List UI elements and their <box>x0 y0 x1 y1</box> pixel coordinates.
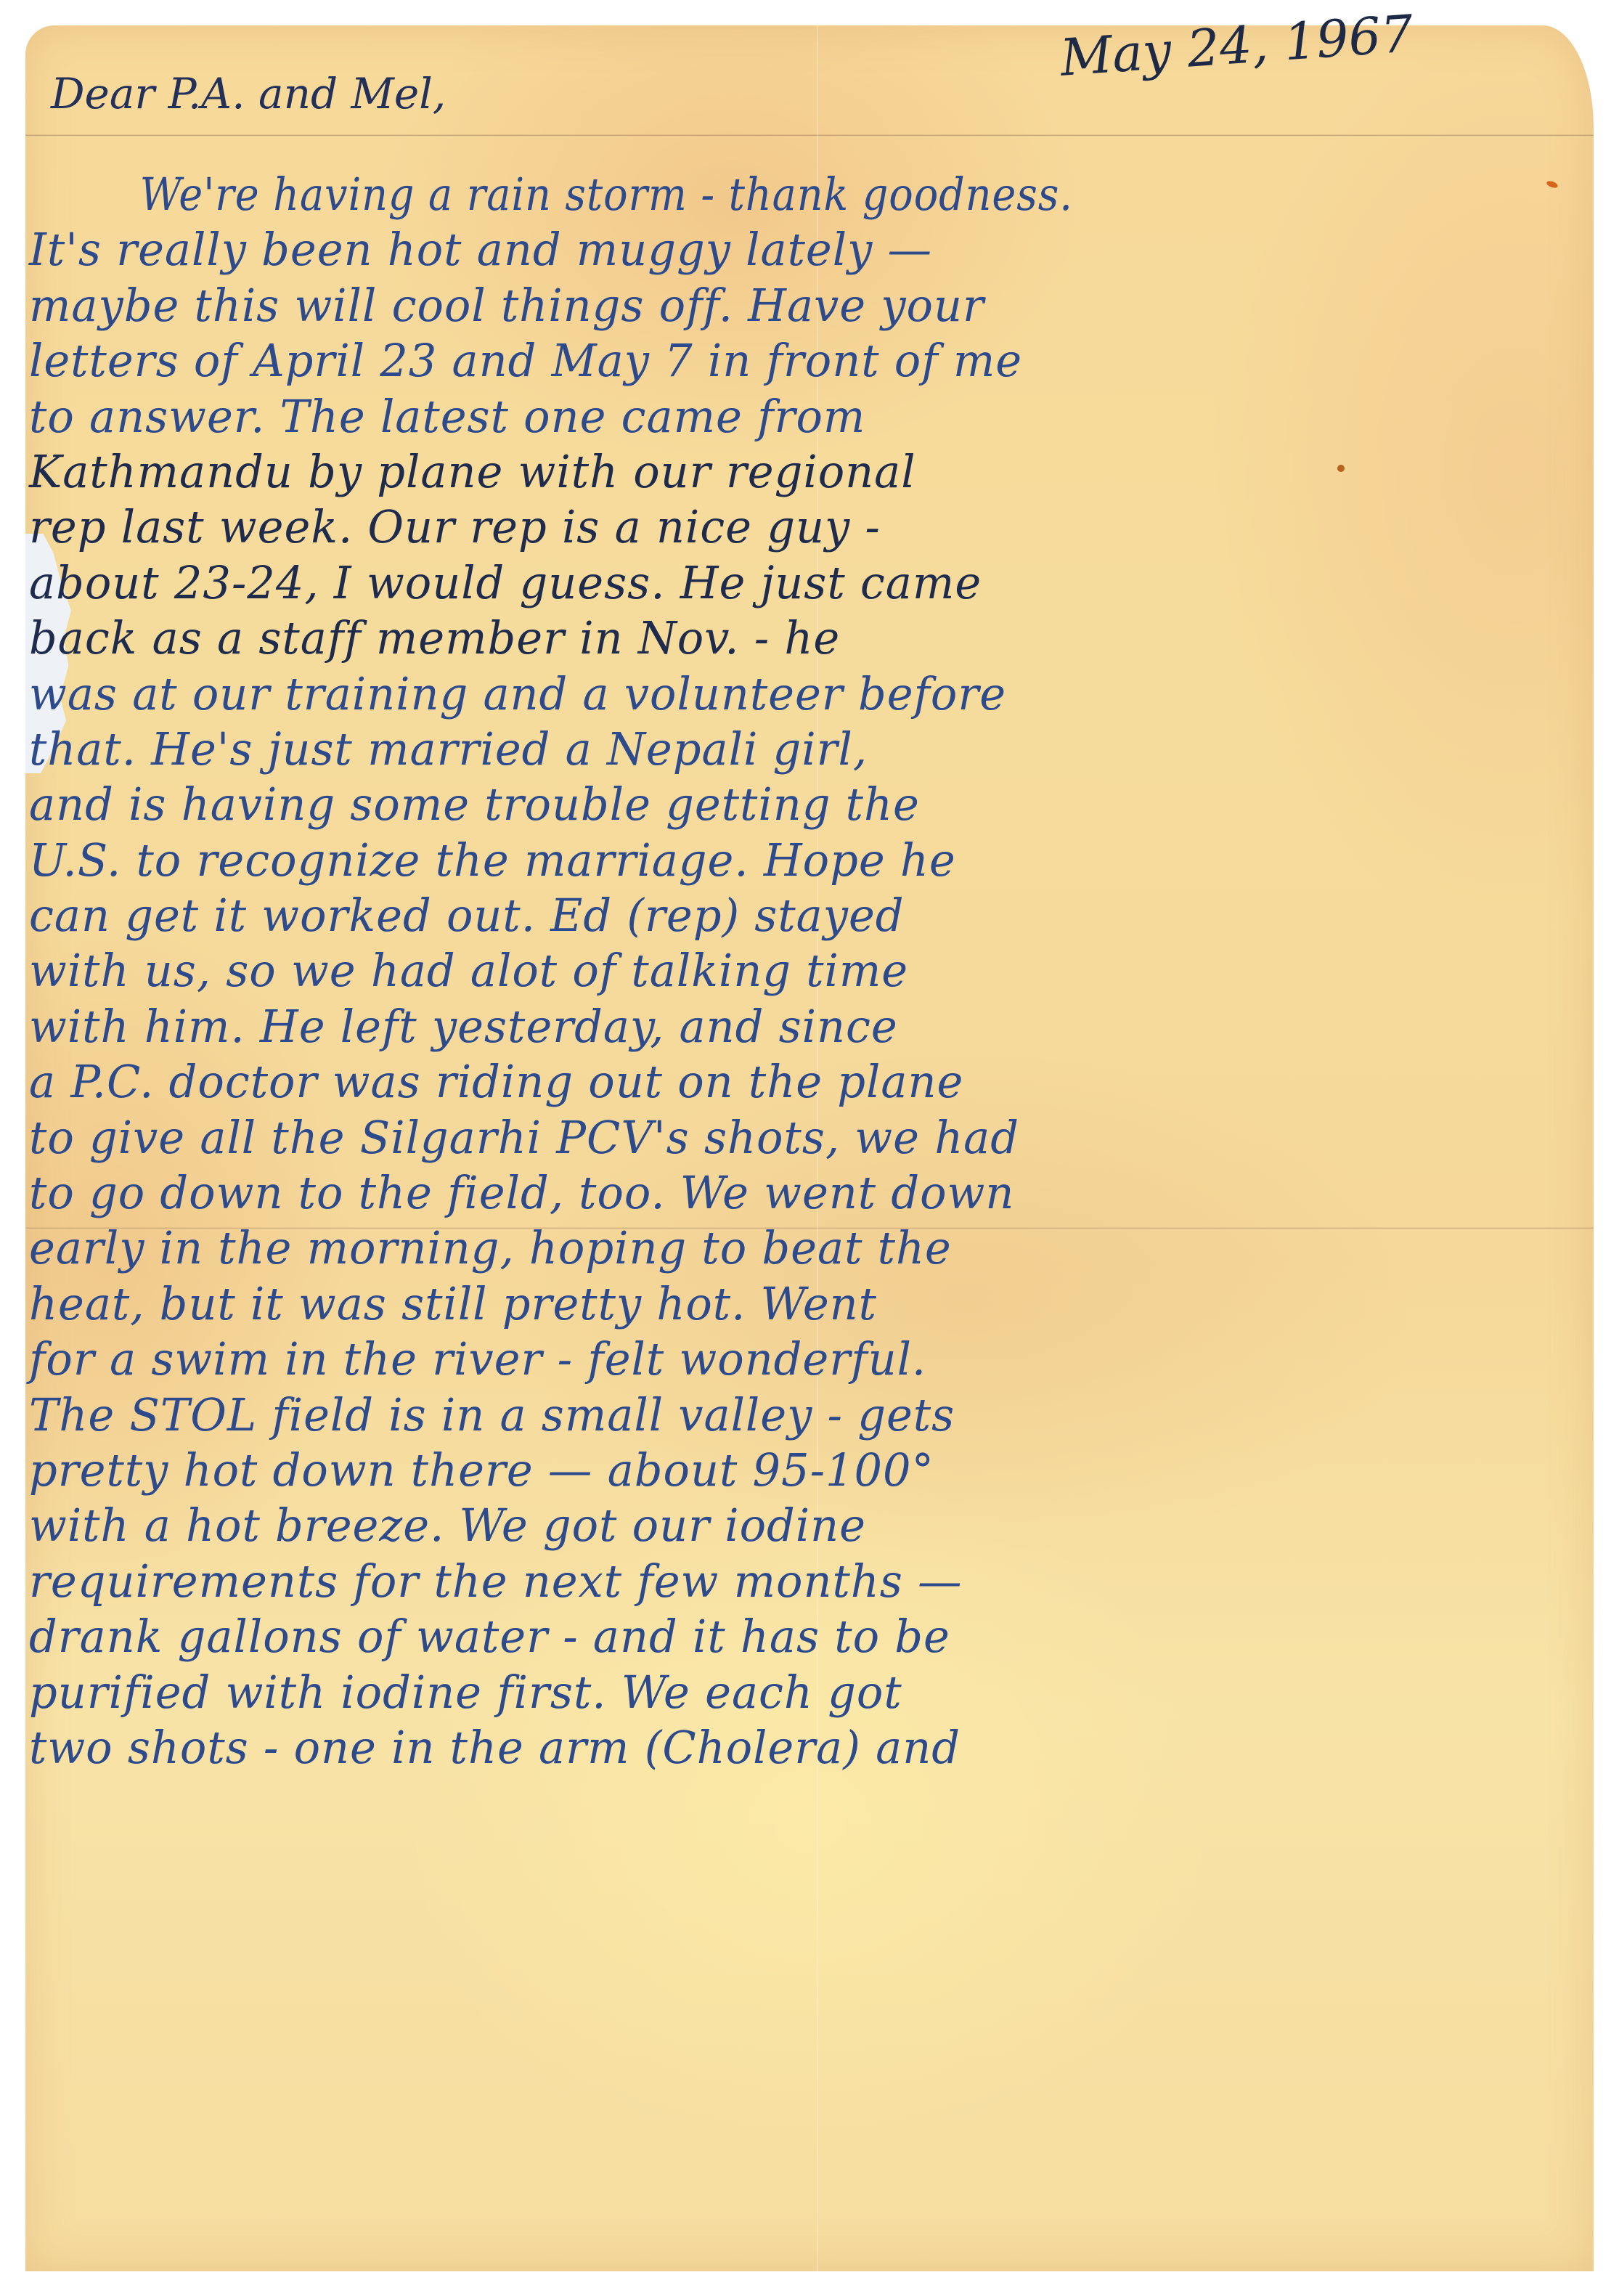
letter-line: letters of April 23 and May 7 in front o… <box>29 333 1554 388</box>
letter-line: maybe this will cool things off. Have yo… <box>29 278 1554 333</box>
letter-line: with him. He left yesterday, and since <box>29 999 1554 1054</box>
letter-line: and is having some trouble getting the <box>29 777 1554 832</box>
letter-line: drank gallons of water - and it has to b… <box>29 1609 1554 1664</box>
letter-line: to answer. The latest one came from <box>29 389 1554 444</box>
letter-content: May 24, 1967 Dear P.A. and Mel, We're ha… <box>29 0 1590 2296</box>
letter-line: pretty hot down there — about 95-100° <box>29 1443 1554 1498</box>
letter-line: Kathmandu by plane with our regional <box>29 444 1554 500</box>
letter-line: It's really been hot and muggy lately — <box>29 222 1554 277</box>
letter-line: a P.C. doctor was riding out on the plan… <box>29 1054 1554 1110</box>
letter-line: for a swim in the river - felt wonderful… <box>29 1332 1554 1387</box>
letter-line: with us, so we had alot of talking time <box>29 943 1554 998</box>
letter-line: to go down to the field, too. We went do… <box>29 1165 1554 1221</box>
letter-line: early in the morning, hoping to beat the <box>29 1221 1554 1276</box>
letter-line: can get it worked out. Ed (rep) stayed <box>29 888 1554 943</box>
letter-line: heat, but it was still pretty hot. Went <box>29 1277 1554 1332</box>
letter-line: back as a staff member in Nov. - he <box>29 611 1554 666</box>
letter-line: to give all the Silgarhi PCV's shots, we… <box>29 1110 1554 1165</box>
letter-line: U.S. to recognize the marriage. Hope he <box>29 833 1554 888</box>
letter-line: two shots - one in the arm (Cholera) and <box>29 1720 1554 1775</box>
letter-line: rep last week. Our rep is a nice guy - <box>29 500 1554 555</box>
letter-line: that. He's just married a Nepali girl, <box>29 722 1554 777</box>
letter-line: about 23-24, I would guess. He just came <box>29 555 1554 611</box>
letter-line: The STOL field is in a small valley - ge… <box>29 1388 1554 1443</box>
letter-line: with a hot breeze. We got our iodine <box>29 1498 1554 1553</box>
salutation: Dear P.A. and Mel, <box>51 69 446 118</box>
letter-line: We're having a rain storm - thank goodne… <box>29 167 1431 222</box>
letter-date: May 24, 1967 <box>1059 4 1415 88</box>
letter-line: purified with iodine first. We each got <box>29 1665 1554 1720</box>
letter-line: was at our training and a volunteer befo… <box>29 667 1554 722</box>
letter-line: requirements for the next few months — <box>29 1554 1554 1609</box>
letter-body: We're having a rain storm - thank goodne… <box>29 167 1590 1775</box>
